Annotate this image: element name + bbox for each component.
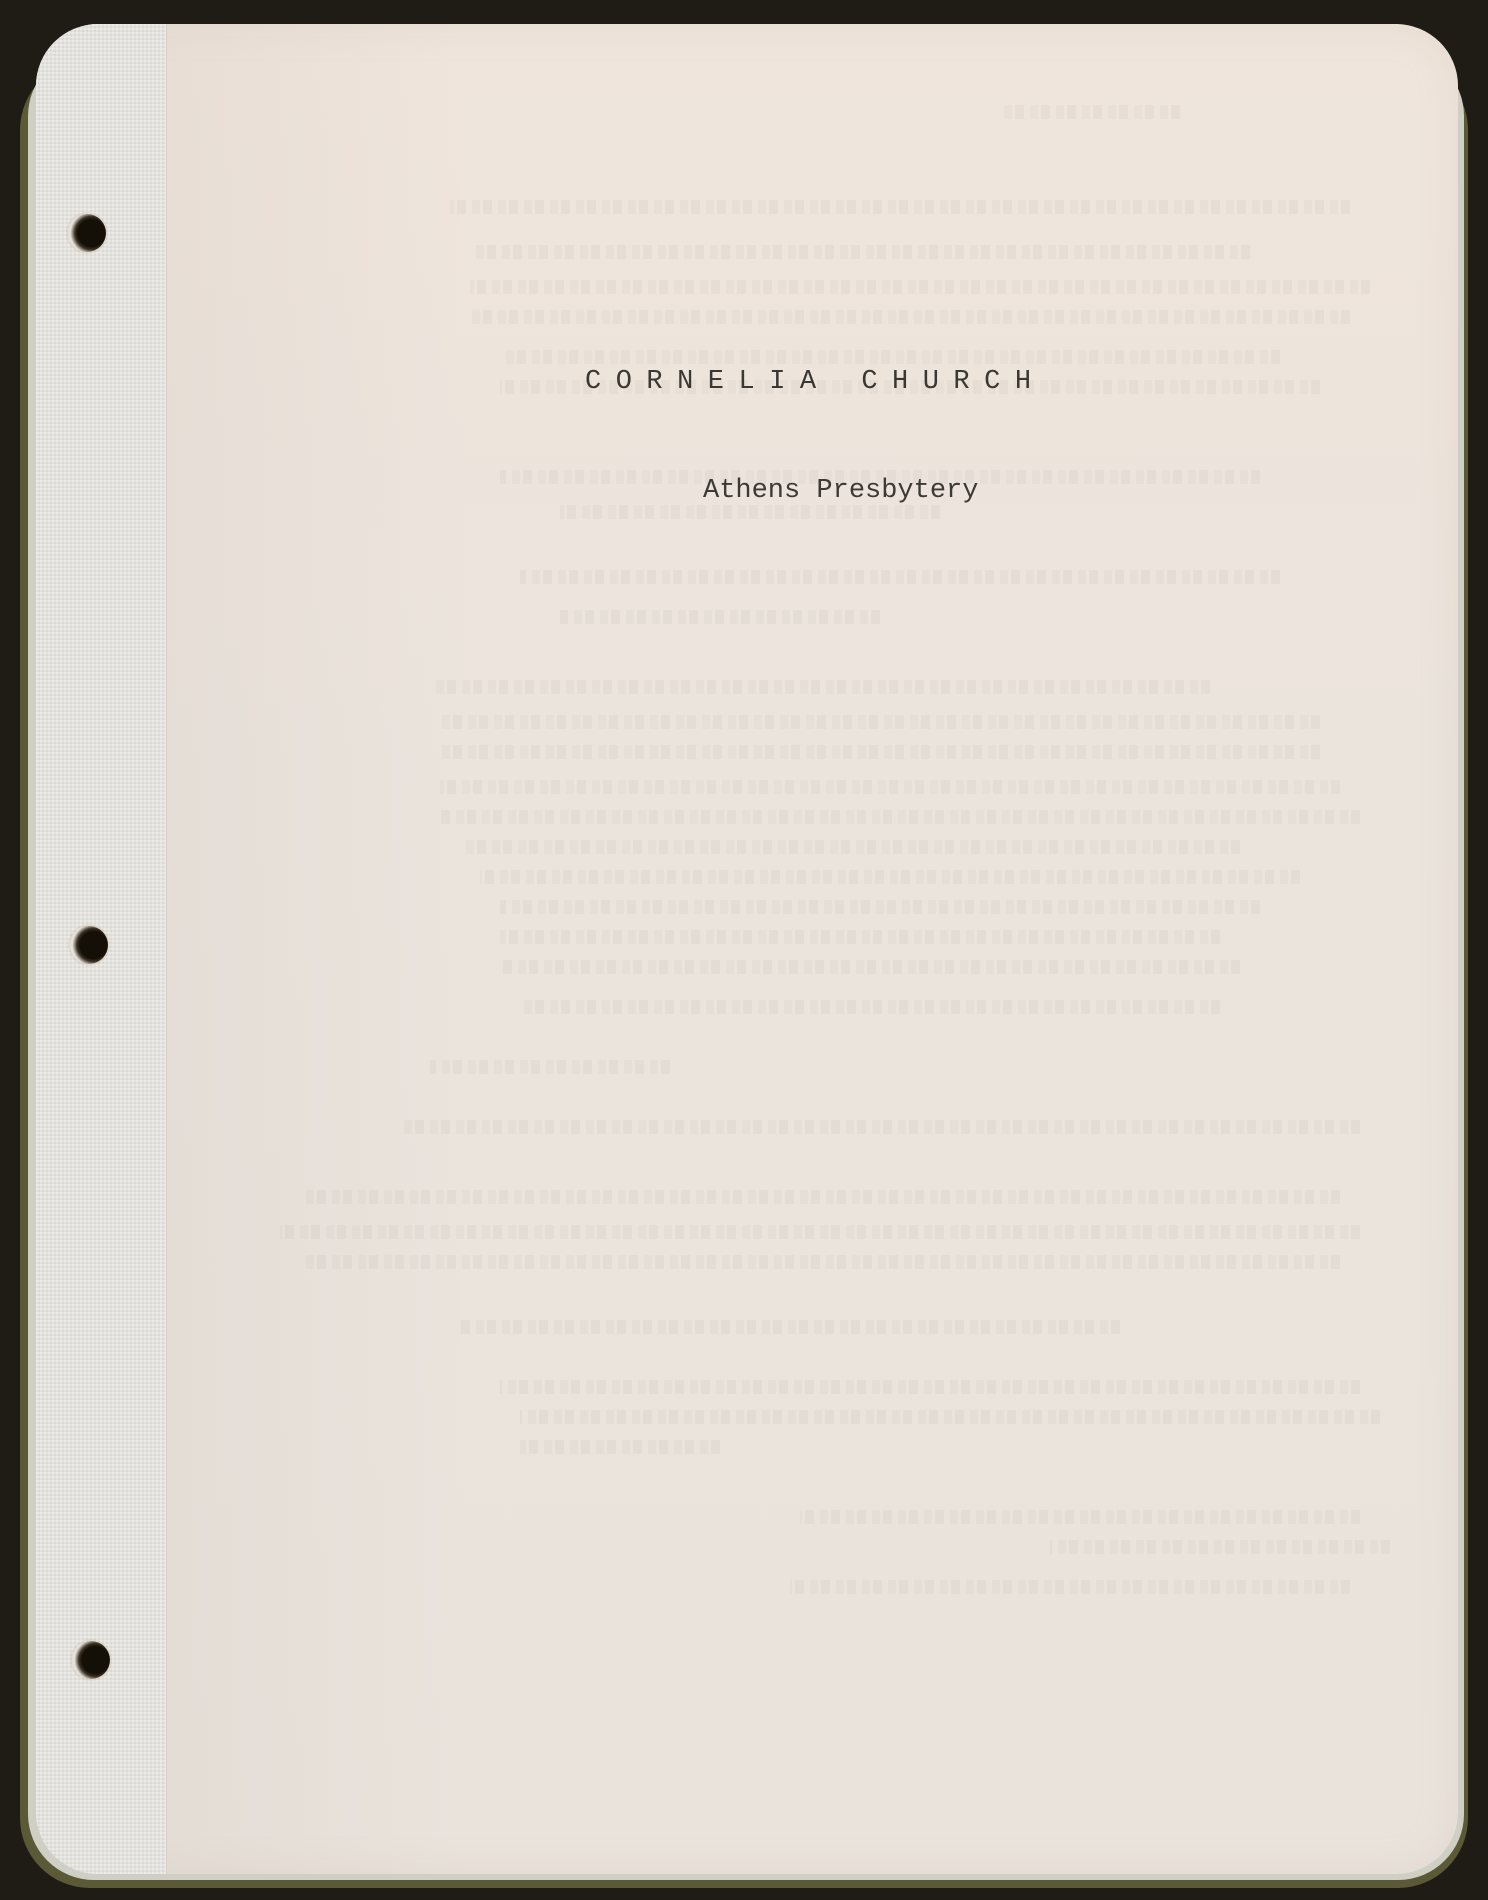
bleed-through-line [440, 810, 1360, 824]
page-subtitle: Athens Presbytery [703, 476, 978, 506]
bleed-through-line [470, 245, 1250, 259]
bleed-through-line [560, 610, 880, 624]
bleed-through-line [560, 505, 940, 519]
bleed-through-line [500, 960, 1240, 974]
bleed-through-line [1000, 105, 1180, 119]
bleed-through-line [1050, 1540, 1390, 1554]
bleed-through-line [480, 870, 1300, 884]
bleed-through-line [300, 1190, 1340, 1204]
punch-hole-icon [68, 214, 106, 252]
bleed-through-line [440, 780, 1340, 794]
document-page: CORNELIA CHURCH Athens Presbytery [36, 24, 1458, 1874]
bleed-through-line [500, 900, 1260, 914]
bleed-through-line [470, 280, 1370, 294]
bleed-through-line [500, 930, 1220, 944]
bleed-through-line [280, 1225, 1360, 1239]
punch-hole-icon [70, 926, 108, 964]
paper-shadow [166, 24, 466, 1874]
bleed-through-line [300, 1255, 1340, 1269]
bleed-through-line [520, 1410, 1380, 1424]
bleed-through-line [450, 200, 1350, 214]
page-title: CORNELIA CHURCH [585, 367, 1046, 397]
bleed-through-line [800, 1510, 1360, 1524]
bleed-through-line [500, 350, 1280, 364]
bleed-through-line [400, 1120, 1360, 1134]
bleed-through-line [460, 1320, 1120, 1334]
binding-strip [36, 24, 167, 1874]
bleed-through-line [430, 1060, 670, 1074]
bleed-through-line [790, 1580, 1350, 1594]
bleed-through-line [440, 715, 1320, 729]
punch-hole-icon [72, 1641, 110, 1679]
bleed-through-line [460, 840, 1240, 854]
bleed-through-line [430, 680, 1210, 694]
bleed-through-line [520, 570, 1280, 584]
bleed-through-line [470, 310, 1350, 324]
bleed-through-line [500, 1380, 1360, 1394]
bleed-through-line [440, 745, 1320, 759]
bleed-through-line [520, 1000, 1220, 1014]
bleed-through-line [520, 1440, 720, 1454]
